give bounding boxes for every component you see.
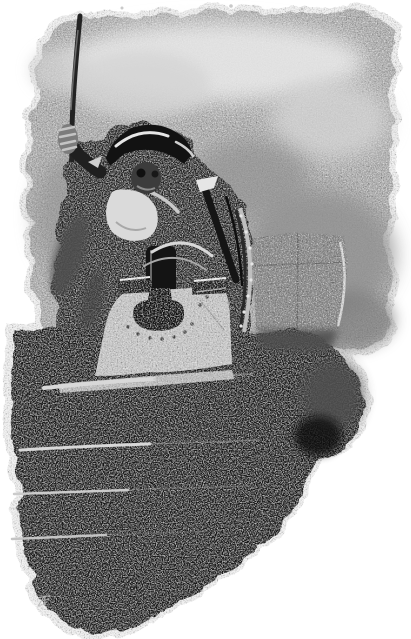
supply-crate [252,232,348,334]
eye-shadow-left [137,169,146,178]
crate-seam-vertical [297,233,298,332]
smoke-light-puff-right [270,80,390,160]
smoke-light-puff-corner [30,46,90,94]
illustration-page: Vintage halftone book illustration: a be… [0,0,411,639]
smoke-light-puff-left [70,51,210,119]
eye-shadow-right [152,171,159,178]
plate-pillar-cap-left [118,280,153,294]
illustration-canvas: Vintage halftone book illustration: a be… [0,0,411,639]
